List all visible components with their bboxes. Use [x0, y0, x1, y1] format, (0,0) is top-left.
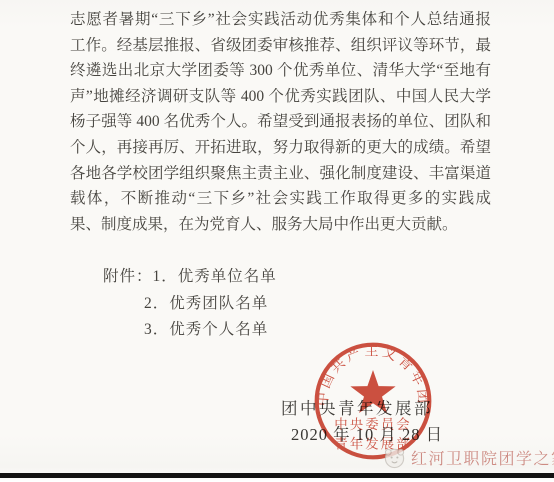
body-line: 载体，不断推动“三下乡”社会实践工作取得更多的实践成 — [70, 186, 491, 212]
mascot-logo-icon — [383, 446, 406, 469]
attachment-item: 1．优秀单位名单 — [153, 268, 277, 285]
red-star-icon — [350, 370, 395, 413]
watermark-text: 红河卫职院团学之家 — [411, 446, 554, 469]
seal-committee-text: 中央委员会 — [334, 416, 411, 432]
body-line: 个人，再接再厉、开拓进取，努力取得新的更大的成绩。希望 — [70, 135, 491, 161]
attachment-item: 3．优秀个人名单 — [144, 317, 277, 344]
bottom-border-bar — [0, 473, 554, 478]
body-line: 终遴选出北京大学团委等 300 个优秀单位、清华大学“至地有 — [70, 58, 491, 84]
body-line: 果、制度成果，在为党育人、服务大局中作出更大贡献。 — [70, 212, 491, 238]
attachment-item: 2．优秀团队名单 — [144, 291, 277, 318]
body-line: 志愿者暑期“三下乡”社会实践活动优秀集体和个人总结通报 — [70, 7, 491, 33]
notice-body: 志愿者暑期“三下乡”社会实践活动优秀集体和个人总结通报 工作。经基层推报、省级团… — [70, 7, 491, 237]
official-seal: 中国共产主义青年团 中央委员会 青年发展部 — [311, 339, 435, 463]
body-line: 声”地摊经济调研支队等 400 个优秀实践团队、中国人民大学 — [70, 84, 491, 110]
document-page: 志愿者暑期“三下乡”社会实践活动优秀集体和个人总结通报 工作。经基层推报、省级团… — [0, 0, 554, 482]
body-line: 杨子强等 400 名优秀个人。希望受到通报表扬的单位、团队和 — [70, 109, 491, 135]
body-line: 工作。经基层推报、省级团委审核推荐、组织评议等环节，最 — [70, 33, 491, 59]
attachments-label: 附件： — [103, 268, 153, 285]
attachments-list: 附件：1．优秀单位名单 2．优秀团队名单 3．优秀个人名单 — [103, 264, 277, 344]
attachment-row: 附件：1．优秀单位名单 — [103, 264, 277, 291]
body-line: 各地各学校团学组织聚焦主责主业、强化制度建设、丰富渠道 — [70, 161, 491, 187]
